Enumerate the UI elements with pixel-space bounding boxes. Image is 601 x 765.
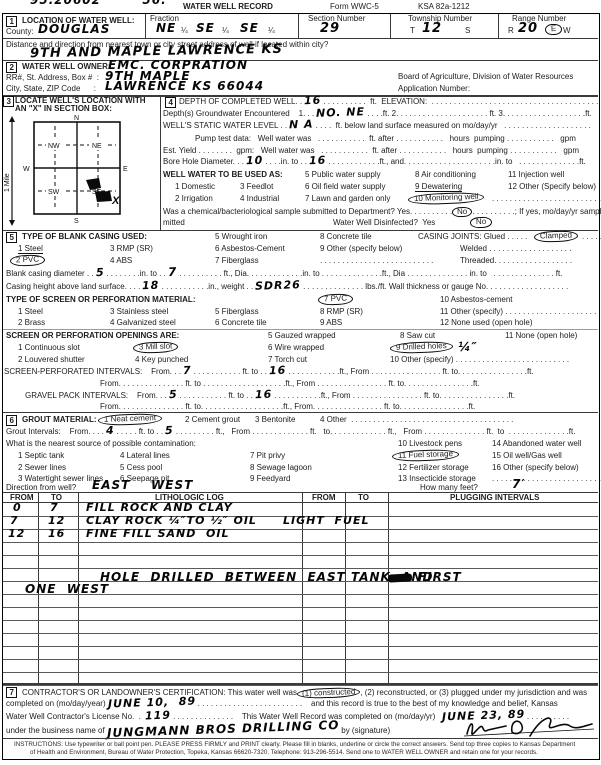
form-number: Form WWC-5 <box>330 3 379 11</box>
use-option-7: 7 Lawn and garden only <box>305 195 390 203</box>
range-value: 20 <box>518 22 538 36</box>
log-row-1-from: 7 <box>10 515 19 527</box>
depth-value: 16 <box>304 95 322 107</box>
address-label: RR#, St. Address, Box # : <box>6 74 99 82</box>
material-option-10: 10 Asbestos-cement <box>440 296 512 304</box>
label: under the business name of <box>6 726 105 735</box>
compass-s: S <box>74 218 79 225</box>
contam-option-7: 7 Pit privy <box>250 452 285 460</box>
casing-option-9: 9 Other (specify below) <box>320 245 402 253</box>
casing-option-3: 3 RMP (SR) <box>110 245 153 253</box>
material-option-2: 2 Brass <box>18 319 45 327</box>
compass-n: N <box>74 115 79 122</box>
label: . . . . . . . . . . .in., weight . . <box>162 282 254 291</box>
section-6-number: 6 <box>6 415 17 426</box>
section-2-number: 2 <box>6 62 17 73</box>
casing-depth-value: 7 <box>168 266 178 279</box>
quadrant-sw: SW <box>48 189 60 196</box>
divider <box>3 329 598 330</box>
grout-option-4: 4 Other . . . . . . . . . . . . . . . . … <box>320 416 513 424</box>
top-handwritten-note: 95.20602 56. <box>30 0 167 7</box>
divider <box>3 38 598 39</box>
contam-option-14: 14 Abandoned water well <box>492 440 581 448</box>
mitted-label: mitted <box>163 219 185 227</box>
fraction-3: SE <box>240 22 259 35</box>
material-option-12: 12 None used (open hole) <box>440 319 533 327</box>
instructions-line-2: of Health and Environment, Bureau of Wat… <box>30 750 538 757</box>
casing-height-line: Casing height above land surface. . . .1… <box>6 283 568 291</box>
township-t: T <box>410 27 415 35</box>
quarter-mark: ¼ <box>222 27 229 35</box>
label: . . . . . . . . . . ft. ELEVATION: . . .… <box>323 97 601 106</box>
label: . . . . . . . . . . .ft., From . . . . .… <box>274 391 515 400</box>
gravel-to-value: 16 <box>255 389 273 401</box>
groundwater-line: Depth(s) Groundwater Encountered 1. . .N… <box>163 110 592 118</box>
constructed-circled: (1) constructed <box>297 687 361 700</box>
well-mark-blob <box>86 178 101 190</box>
log-row-1-desc: CLAY ROCK ¼″TO ½″ OIL <box>86 515 257 527</box>
grout-intervals-line: Grout Intervals: From. . . .4. . . . . f… <box>6 428 575 436</box>
label: . . . . . . . .in. to . . <box>106 269 166 278</box>
opening-option-11: 11 None (open hole) <box>505 332 577 340</box>
label: . . . . . . . . . .; If yes, mo/day/yr s… <box>472 207 601 216</box>
use-option-8: 8 Air conditioning <box>415 171 476 179</box>
table-row <box>3 607 598 621</box>
label: , (2) reconstructed, or (3) plugged unde… <box>360 688 587 697</box>
township-value: 12 <box>422 22 442 36</box>
use-option-5: 5 Public water supply <box>305 171 381 179</box>
scribbled-out-word <box>388 573 412 582</box>
log-note-line-1: HOLE DRILLED BETWEEN EAST TANK AND <box>100 571 434 584</box>
bore-hole-line: Bore Hole Diameter. . .10. . . .in. to .… <box>163 158 586 166</box>
dots: . . . . . <box>582 233 601 241</box>
quarter-mark: ¼ <box>181 27 188 35</box>
application-number-label: Application Number: <box>398 85 470 93</box>
joint-welded-label: Welded . . . . . . . . . . . . . . . . .… <box>460 245 571 253</box>
material-option-8: 8 RMP (SR) <box>320 308 363 316</box>
use-label: WELL WATER TO BE USED AS: <box>163 171 283 179</box>
label: DEPTH OF COMPLETED WELL. . <box>179 97 302 106</box>
opening-option-5: 5 Gauzed wrapped <box>268 332 336 340</box>
label: . . . . . . . . . . . .ft., From . . . .… <box>288 367 533 376</box>
casing-diameter-line: Blank casing diameter . .5. . . . . . . … <box>6 269 562 278</box>
section-4-number: 4 <box>165 97 176 108</box>
divider <box>298 14 299 38</box>
contam-option-5: 5 Cess pool <box>120 464 162 472</box>
divider <box>3 738 598 739</box>
contam-option-9: 9 Feedyard <box>250 475 290 483</box>
contam-option-15: 15 Oil well/Gas well <box>492 452 562 460</box>
quarter-mark: ¼ <box>268 27 275 35</box>
range-r: R <box>508 27 514 35</box>
use-option-12: 12 Other (Specify below) <box>508 183 596 191</box>
city-label: City, State, ZIP Code : <box>6 85 96 93</box>
openings-title: SCREEN OR PERFORATION OPENINGS ARE: <box>6 332 179 340</box>
material-option-5: 5 Fiberglass <box>215 308 259 316</box>
opening-option-6: 6 Wire wrapped <box>268 344 324 352</box>
divider <box>3 683 598 685</box>
contam-option-16: 16 Other (specify below) <box>492 464 579 472</box>
casing-option-7: 7 Fiberglass <box>215 257 259 265</box>
section-6-title: GROUT MATERIAL: <box>22 416 97 424</box>
label: Was a chemical/bacteriological sample su… <box>163 207 452 216</box>
label: Water Well Contractor's License No. . <box>6 712 143 721</box>
screen-from-value: 7 <box>183 365 192 377</box>
bore-diameter-value: 10 <box>246 155 264 167</box>
table-row <box>3 555 598 569</box>
contam-option-2: 2 Sewer lines <box>18 464 66 472</box>
joint-threaded-label: Threaded. . . . . . . . . . . . . . . . … <box>460 257 572 265</box>
dots: . . . . . . . . . . . . . . . . . . . . … <box>492 475 601 483</box>
opening-option-10: 10 Other (specify) . . . . . . . . . . .… <box>390 356 569 364</box>
screen-material-title: TYPE OF SCREEN OR PERFORATION MATERIAL: <box>6 296 195 304</box>
table-row <box>3 659 598 673</box>
label: . . . . ft. below land surface measured … <box>316 121 591 130</box>
board-label: Board of Agriculture, Division of Water … <box>398 73 573 81</box>
table-row <box>3 594 598 608</box>
material-option-4: 4 Galvanized steel <box>110 319 176 327</box>
grout-to-value: 5 <box>165 425 174 437</box>
certification-line-1: CONTRACTOR'S OR LANDOWNER'S CERTIFICATIO… <box>22 688 587 698</box>
gravel-intervals-line: GRAVEL PACK INTERVALS: From. . .5. . . .… <box>25 392 515 400</box>
log-row-1-to: 12 <box>48 515 65 527</box>
static-level-value: N A <box>289 119 314 131</box>
casing-option-6: 6 Asbestos-Cement <box>215 245 285 253</box>
label: . . . . . . . . . . . . . . lbs./ft. Wal… <box>303 282 568 291</box>
screen-intervals-line-2: From. . . . . . . . . . . . . . . ft. to… <box>100 380 480 388</box>
label: by (signature) <box>341 726 390 735</box>
section-5-title: TYPE OF BLANK CASING USED: <box>22 233 147 241</box>
table-row <box>3 646 598 660</box>
divider <box>3 412 598 413</box>
chem-no-circled: No <box>452 207 473 218</box>
col-header-from-2: FROM <box>312 494 336 502</box>
form-statute: KSA 82a-1212 <box>418 3 470 11</box>
contamination-question: What is the nearest source of possible c… <box>6 440 196 448</box>
county-label: County: <box>6 28 34 36</box>
contam-option-4: 4 Lateral lines <box>120 452 170 460</box>
quadrant-nw: NW <box>48 143 60 150</box>
use-option-9-underlined: 9 Dewatering <box>415 183 462 192</box>
casing-option-4: 4 ABS <box>110 257 132 265</box>
label: . . . . . . . . . . ft., Dia. . . . . . … <box>179 269 562 278</box>
opening-option-8: 8 Saw cut <box>400 332 435 340</box>
label: GRAVEL PACK INTERVALS: From. . . <box>25 391 167 400</box>
material-option-11: 11 Other (specify) . . . . . . . . . . .… <box>440 308 596 316</box>
material-option-6: 6 Concrete tile <box>215 319 267 327</box>
divider <box>3 230 598 231</box>
log-row-2-to: 16 <box>48 528 65 540</box>
col-header-to-2: TO <box>358 494 369 502</box>
fraction-1: NE <box>156 22 176 35</box>
log-note-line-1b: FIRST <box>418 571 462 584</box>
opening-option-4: 4 Key punched <box>135 356 188 364</box>
pump-test-line: Pump test data: Well water was . . . . .… <box>195 135 576 143</box>
drilled-hole-size: ¼″ <box>458 341 478 354</box>
compass-e: E <box>123 166 128 173</box>
license-number: 119 <box>145 710 171 722</box>
label: Casing height above land surface. . . . <box>6 282 140 291</box>
use-option-11: 11 Injection well <box>508 171 564 179</box>
section-map-diagram: 1 Mile N S W E NW NE SW SE X <box>2 112 158 230</box>
screen-to-value: 16 <box>269 365 287 377</box>
quadrant-ne: NE <box>92 143 102 150</box>
log-row-0-desc: FILL ROCK AND CLAY <box>86 502 233 514</box>
casing-option-1-underlined: 1 Steel <box>18 245 43 254</box>
est-yield-line: Est. Yield . . . . . . . . gpm: Well wat… <box>163 147 579 155</box>
chem-sample-line: Was a chemical/bacteriological sample su… <box>163 207 601 217</box>
section-1-number: 1 <box>6 16 17 27</box>
label: . . . . . ft. to . . <box>116 427 163 436</box>
city-value: LAWRENCE KS 66044 <box>105 80 264 93</box>
section-number-value: 29 <box>320 22 340 36</box>
dots: . . . . . . . . . . . . . . . . . . . . … <box>320 257 433 265</box>
casing-diameter-value: 5 <box>95 267 104 279</box>
grout-option-2: 2 Cement grout <box>185 416 240 424</box>
water-well-record-form: 95.20602 56. WATER WELL RECORD Form WWC-… <box>0 0 601 765</box>
divider <box>145 14 146 38</box>
use-option-1: 1 Domestic <box>175 183 215 191</box>
material-option-3: 3 Stainless steel <box>110 308 168 316</box>
section-7-number: 7 <box>6 687 17 698</box>
fraction-2: SE <box>196 22 215 35</box>
label: Blank casing diameter . . <box>6 269 94 278</box>
opening-option-2: 2 Louvered shutter <box>18 356 85 364</box>
material-option-1: 1 Steel <box>18 308 43 316</box>
log-row-0-to: 7 <box>50 502 59 514</box>
section-3-number: 3 <box>3 96 14 107</box>
table-row <box>3 620 598 634</box>
township-s: S <box>465 27 470 35</box>
gravel-intervals-line-2: From. . . . . . . . . . . . . . . ft. to… <box>100 403 475 411</box>
casing-height-value: 18 <box>142 280 160 292</box>
direction-value: EAST WEST <box>92 479 193 492</box>
contam-option-8: 8 Sewage lagoon <box>250 464 312 472</box>
casing-weight-value: SDR26 <box>255 279 301 292</box>
label: WELL'S STATIC WATER LEVEL . . <box>163 121 287 130</box>
divider <box>498 14 499 38</box>
log-row-0-from: 0 <box>13 502 22 514</box>
feet-value: 7′ <box>512 478 526 491</box>
label: . . . . . . . . . . . .ft., and. . . . .… <box>328 157 585 166</box>
form-title: WATER WELL RECORD <box>183 3 273 11</box>
groundwater-value: NO. NE <box>316 106 365 119</box>
casing-option-8: 8 Concrete tile <box>320 233 372 241</box>
compass-w: W <box>23 166 30 173</box>
casing-joints-label: CASING JOINTS: Glued . . . . . <box>418 233 527 241</box>
disinfected-label: Water Well Disinfected? Yes <box>333 219 435 227</box>
log-note-line-2: ONE WEST <box>25 583 109 596</box>
bore-depth-value: 16 <box>309 155 327 167</box>
label: Grout Intervals: From. . . . <box>6 427 104 436</box>
use-option-dots: . . . . . . . . . . . . . . . . . . . . … <box>492 195 601 203</box>
use-option-6: 6 Oil field water supply <box>305 183 385 191</box>
table-row <box>3 542 598 556</box>
log-row-2-from: 12 <box>8 528 25 540</box>
label: . . . . . . . . . . . ft. to . . <box>194 367 267 376</box>
contam-option-10: 10 Livestock pens <box>398 440 462 448</box>
county-value: DOUGLAS <box>38 23 110 36</box>
label: Depth(s) Groundwater Encountered 1. . . <box>163 109 314 118</box>
depth-line: DEPTH OF COMPLETED WELL. .16. . . . . . … <box>179 98 601 106</box>
well-mark-blob-2 <box>95 191 112 202</box>
divider <box>3 60 598 61</box>
divider <box>160 96 161 230</box>
label: . . . . . . . . . . . . . . . . . . . . … <box>198 699 558 708</box>
log-row-2-desc: FINE FILL SAND OIL <box>86 528 230 540</box>
divider <box>390 14 391 38</box>
opening-option-1: 1 Continuous slot <box>18 344 80 352</box>
label: SCREEN-PERFORATED INTERVALS: From. . . <box>4 367 181 376</box>
static-level-line: WELL'S STATIC WATER LEVEL . .N A. . . . … <box>163 122 591 130</box>
use-option-2: 2 Irrigation <box>175 195 213 203</box>
gravel-from-value: 5 <box>169 389 178 401</box>
completed-date: JUNE 10, 89 <box>107 695 195 710</box>
well-x-mark: X <box>111 195 120 207</box>
label: . . . .in. to . . <box>265 157 307 166</box>
grout-option-3: 3 Bentonite <box>255 416 295 424</box>
label: . . . . . . . . . ft., From . . . . . . … <box>176 427 576 436</box>
label: completed on (mo/day/year) <box>6 699 106 708</box>
section-5-number: 5 <box>6 232 17 243</box>
instructions-line-1: INSTRUCTIONS: Use typewriter or ball poi… <box>14 742 575 749</box>
section-2-title: WATER WELL OWNER: <box>22 63 111 71</box>
use-option-4: 4 Industrial <box>240 195 279 203</box>
table-row <box>3 633 598 647</box>
certification-line-4: under the business name ofJUNGMANN BROS … <box>6 726 390 735</box>
certification-line-2: completed on (mo/day/year)JUNE 10, 89. .… <box>6 700 558 708</box>
casing-option-5: 5 Wrought iron <box>215 233 267 241</box>
range-w: W <box>563 27 571 35</box>
label: . . . . . . . . . . . ft. to . . <box>179 391 252 400</box>
label: Bore Hole Diameter. . . <box>163 157 244 166</box>
oil-note: LIGHT FUEL <box>283 515 369 527</box>
label: . . . .ft. 2. . . . . . . . . . . . . . … <box>367 109 592 118</box>
screen-intervals-line: SCREEN-PERFORATED INTERVALS: From. . .7.… <box>4 368 534 376</box>
mile-label: 1 Mile <box>4 173 11 192</box>
material-option-9: 9 ABS <box>320 319 342 327</box>
contam-option-12: 12 Fertilizer storage <box>398 464 469 472</box>
grout-from-value: 4 <box>106 425 115 437</box>
contam-option-1: 1 Septic tank <box>18 452 64 460</box>
col-header-plugging: PLUGGING INTERVALS <box>450 494 540 502</box>
use-option-3: 3 Feedlot <box>240 183 273 191</box>
